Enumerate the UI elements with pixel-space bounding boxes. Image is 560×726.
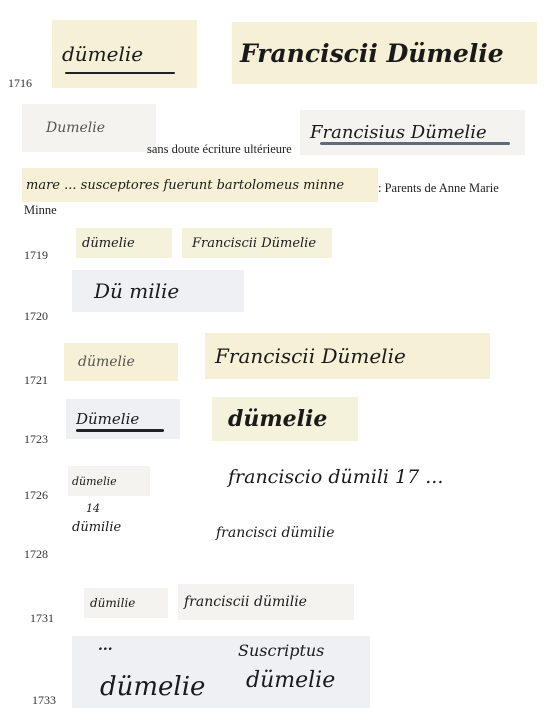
signature-text: dümilie: [90, 596, 135, 610]
signature-text: dümilie: [72, 520, 121, 535]
signature-clip-1728: dümilie: [68, 512, 162, 542]
underline: [320, 142, 510, 145]
fullname-clip-1731: franciscii dümilie: [178, 584, 354, 620]
signature-text: dümelie: [82, 236, 135, 251]
fullname-text: Franciscii Dümelie: [240, 39, 504, 68]
fullname-clip-1716: Franciscii Dümelie: [232, 22, 537, 84]
fullname-clip-later: Francisius Dümelie: [300, 110, 525, 155]
fullname-text: francisci dümilie: [216, 525, 334, 541]
signature-clip-1719: dümelie: [76, 228, 172, 258]
fullname-text: Franciscii Dümelie: [215, 344, 406, 368]
year-label: 1721: [24, 373, 48, 388]
fullname-clip-1728: francisci dümilie: [210, 516, 391, 550]
year-label: 1733: [32, 693, 56, 708]
signature-clip-1720: Dü milie: [72, 270, 244, 312]
note-text: : Parents de Anne Marie: [378, 181, 499, 196]
signature-text: dümelie: [78, 354, 135, 370]
signature-clip-1731: dümilie: [84, 588, 168, 618]
latin-text-clip: mare ... susceptores fuerunt bartolomeus…: [22, 168, 378, 202]
signature-text: Dü milie: [94, 279, 179, 303]
year-label: 1716: [8, 76, 32, 91]
fullname-text: franciscio dümili 17 ...: [228, 466, 443, 488]
signature-clip-1726: dümelie: [68, 466, 150, 496]
fullname-text: Francisius Dümelie: [310, 122, 487, 143]
signature-top-1733: ...: [98, 636, 148, 656]
fullname-text: franciscii dümilie: [184, 594, 307, 610]
fullname-clip-1723: dümelie: [212, 397, 358, 441]
year-label: 1720: [24, 309, 48, 324]
fullname-text: dümelie: [228, 406, 327, 432]
signature-clip-1721: dümelie: [64, 343, 178, 381]
signature-clip-1723: Dümelie: [66, 399, 180, 439]
year-label: 1731: [30, 611, 54, 626]
note-text: sans doute écriture ultérieure: [147, 142, 292, 157]
latin-text: mare ... susceptores fuerunt bartolomeus…: [26, 178, 344, 193]
fullname-clip-1726: franciscio dümili 17 ...: [220, 456, 528, 498]
fullname-clip-1721: Franciscii Dümelie: [205, 333, 490, 379]
year-label: 1723: [24, 432, 48, 447]
underline: [65, 72, 175, 74]
note-continued: Minne: [24, 203, 57, 218]
signature-clip-later: Dumelie: [22, 104, 156, 152]
signature-text: dümelie: [72, 475, 117, 488]
fullname-clip-1719: Franciscii Dümelie: [182, 228, 332, 258]
fullname-top-1733: Suscriptus: [230, 636, 358, 664]
fullname-top-text: Suscriptus: [238, 641, 324, 660]
fullname-text: Franciscii Dümelie: [192, 236, 316, 251]
underline: [76, 429, 164, 432]
signature-text: Dumelie: [46, 120, 105, 136]
signature-text: dümelie: [100, 672, 205, 702]
fullname-clip-1733: dümelie: [232, 662, 361, 698]
signature-text: dümelie: [62, 42, 143, 66]
year-label: 1728: [24, 547, 48, 562]
signature-clip-1716: dümelie: [52, 20, 197, 88]
signature-top-text: ...: [98, 638, 113, 654]
fullname-text: dümelie: [246, 668, 335, 693]
year-label: 1726: [24, 488, 48, 503]
year-label: 1719: [24, 248, 48, 263]
signature-text: Dümelie: [76, 410, 139, 428]
